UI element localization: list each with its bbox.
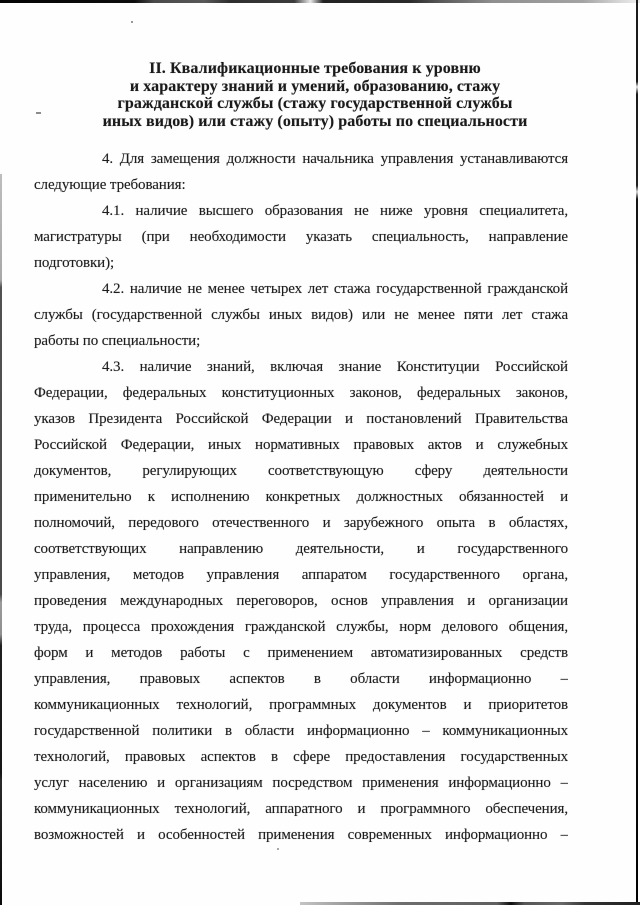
doc-line: возможностей и особенностей применения с… xyxy=(34,822,568,848)
doc-line: 4.3. наличие знаний, включая знание Конс… xyxy=(34,354,568,380)
doc-line: коммуникационных технологий, программных… xyxy=(34,692,568,718)
doc-line: управления, правовых аспектов в области … xyxy=(34,666,568,692)
section-title: II. Квалификационные требования к уровню… xyxy=(0,60,630,130)
doc-line: коммуникационных технологий, аппаратного… xyxy=(34,796,568,822)
scanned-document-page: II. Квалификационные требования к уровню… xyxy=(0,0,640,905)
section-title-line: гражданской службы (стажу государственно… xyxy=(0,95,630,113)
doc-line: указов Президента Российской Федерации и… xyxy=(34,406,568,432)
doc-line: 4.1. наличие высшего образования не ниже… xyxy=(34,198,568,224)
doc-line: документов, регулирующих соответствующую… xyxy=(34,458,568,484)
section-title-line: II. Квалификационные требования к уровню xyxy=(0,60,630,78)
doc-line: применительно к исполнению конкретных до… xyxy=(34,484,568,510)
doc-line: подготовки); xyxy=(34,250,568,276)
doc-line: соответствующих направлению деятельности… xyxy=(34,536,568,562)
doc-line: следующие требования: xyxy=(34,172,568,198)
doc-line: 4.2. наличие не менее четырех лет стажа … xyxy=(34,276,568,302)
section-title-line: и характеру знаний и умений, образованию… xyxy=(0,78,630,96)
scan-edge-left xyxy=(0,174,2,905)
doc-line: работы по специальности; xyxy=(34,328,568,354)
doc-line: службы (государственной службы иных видо… xyxy=(34,302,568,328)
doc-line: труда, процесса прохождения гражданской … xyxy=(34,614,568,640)
doc-line: Российской Федерации, иных нормативных п… xyxy=(34,432,568,458)
doc-line: магистратуры (при необходимости указать … xyxy=(34,224,568,250)
doc-line: форм и методов работы с применением авто… xyxy=(34,640,568,666)
doc-line: 4. Для замещения должности начальника уп… xyxy=(34,146,568,172)
section-title-line: иных видов) или стажу (опыту) работы по … xyxy=(0,113,630,131)
document-body: 4. Для замещения должности начальника уп… xyxy=(34,146,568,848)
doc-line: услуг населению и организациям посредств… xyxy=(34,770,568,796)
doc-line: Федерации, федеральных конституционных з… xyxy=(34,380,568,406)
scan-edge-top xyxy=(0,0,640,3)
doc-line: управления, методов управления аппаратом… xyxy=(34,562,568,588)
scan-speck xyxy=(277,848,279,850)
doc-line: полномочий, передового отечественного и … xyxy=(34,510,568,536)
doc-line: государственной политики в области инфор… xyxy=(34,718,568,744)
doc-line: проведения международных переговоров, ос… xyxy=(34,588,568,614)
scan-edge-right xyxy=(636,0,638,905)
doc-line: технологий, правовых аспектов в сфере пр… xyxy=(34,744,568,770)
scan-speck xyxy=(131,21,133,23)
